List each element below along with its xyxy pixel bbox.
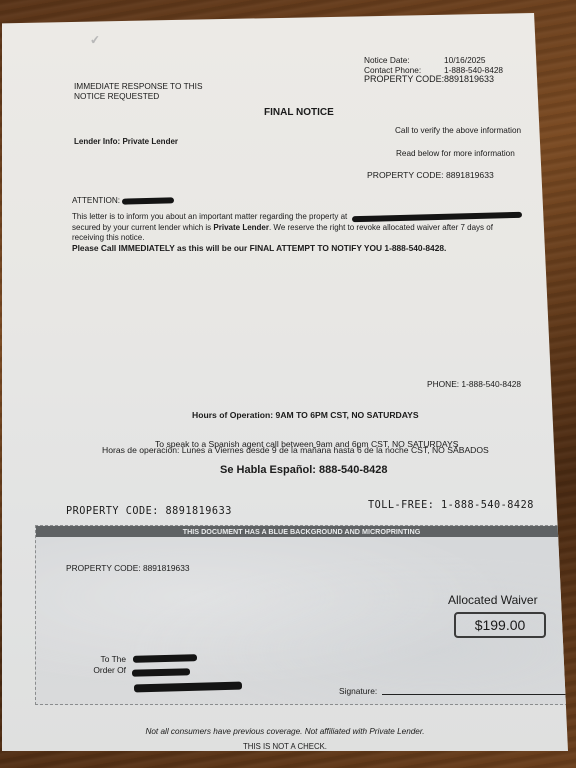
letter-paragraph: This letter is to inform you about an im… [72, 212, 542, 244]
letter-page: ✔ Notice Date:10/16/2025 Contact Phone:1… [2, 13, 568, 751]
paragraph-line-3: receiving this notice. [72, 233, 542, 244]
verify-text: Call to verify the above information [395, 126, 521, 135]
redacted-payee-1 [133, 654, 197, 663]
disclaimer: Not all consumers have previous coverage… [2, 727, 568, 736]
toll-free-mono: TOLL-FREE: 1-888-540-8428 [368, 500, 534, 511]
signature-line[interactable] [382, 694, 566, 695]
attention-label: ATTENTION: [72, 196, 120, 205]
waiver-amount: $199.00 [454, 612, 546, 638]
hours-of-operation: Hours of Operation: 9AM TO 6PM CST, NO S… [192, 410, 419, 420]
notice-meta: Notice Date:10/16/2025 Contact Phone:1-8… [364, 56, 503, 85]
se-habla-espanol: Se Habla Español: 888-540-8428 [220, 464, 388, 476]
lender-info: Lender Info: Private Lender [74, 137, 178, 146]
property-code: 8891819633 [444, 75, 494, 85]
signature-label: Signature: [339, 686, 377, 696]
redacted-payee-2 [132, 668, 190, 677]
redacted-address [352, 212, 522, 222]
attention-line: ATTENTION: [72, 196, 174, 205]
pay-to-label: To The Order Of [66, 654, 126, 676]
property-code-right: PROPERTY CODE: 8891819633 [367, 170, 494, 180]
security-banner: THIS DOCUMENT HAS A BLUE BACKGROUND AND … [36, 526, 567, 537]
check-stub: THIS DOCUMENT HAS A BLUE BACKGROUND AND … [35, 525, 568, 705]
redacted-payee-3 [134, 682, 242, 693]
page-title: FINAL NOTICE [264, 107, 334, 118]
urgent-response-notice: IMMEDIATE RESPONSE TO THIS NOTICE REQUES… [74, 81, 244, 101]
property-code-label: PROPERTY CODE: [364, 75, 444, 85]
urgent-line-1: IMMEDIATE RESPONSE TO THIS [74, 81, 244, 91]
phone-line: PHONE: 1-888-540-8428 [427, 379, 521, 389]
redacted-name [122, 197, 174, 204]
lender-name: Private Lender [213, 223, 269, 232]
faint-checkmark-icon: ✔ [89, 33, 100, 48]
urgent-line-2: NOTICE REQUESTED [74, 91, 244, 101]
spanish-hours-line: Horas de operación: Lunes a Viernes desd… [102, 445, 489, 455]
paragraph-line-2a: secured by your current lender which is [72, 223, 213, 232]
paragraph-line-2b: . We reserve the right to revoke allocat… [269, 223, 493, 232]
paragraph-line-1: This letter is to inform you about an im… [72, 212, 347, 221]
property-code-mono: PROPERTY CODE: 8891819633 [66, 506, 232, 517]
allocated-waiver-label: Allocated Waiver [448, 593, 538, 607]
read-below-text: Read below for more information [396, 149, 515, 158]
not-a-check-notice: THIS IS NOT A CHECK. [2, 742, 568, 751]
please-call-line: Please Call IMMEDIATELY as this will be … [72, 243, 446, 253]
pay-to-line-1: To The [66, 654, 126, 665]
check-property-code: PROPERTY CODE: 8891819633 [66, 563, 190, 573]
pay-to-line-2: Order Of [66, 665, 126, 676]
